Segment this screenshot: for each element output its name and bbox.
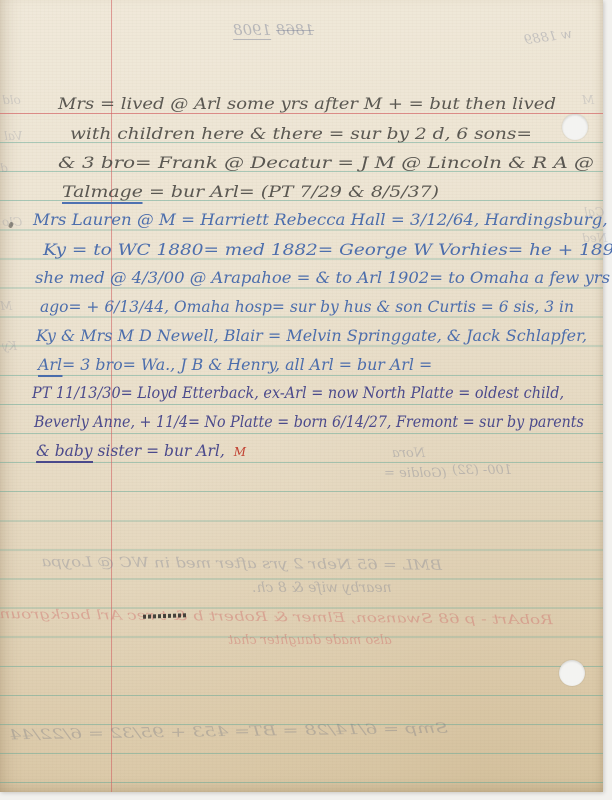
bleedthrough-year-struck: 1868 bbox=[276, 21, 314, 39]
pencil-line-2: with children here & there = sur by 2 d,… bbox=[70, 124, 532, 144]
underlined-word: & baby bbox=[36, 442, 93, 463]
paper-sheet: 1868 1908 w 1889 Nora (Goldie = 100- (32… bbox=[0, 0, 603, 792]
bleedthrough-edge-mark: Val bbox=[4, 128, 23, 144]
bleedthrough-edge-mark: Ky bbox=[2, 338, 17, 354]
pencil-line-1: Mrs = lived @ Arl some yrs after M + = b… bbox=[58, 94, 556, 114]
underlined-word: Talmage bbox=[62, 183, 143, 204]
blue-line-6-rest: = 3 bro= Wa., J B & Henry, all Arl = bur… bbox=[62, 356, 432, 374]
bleedthrough-edge-mark: M bbox=[0, 298, 12, 314]
pencil-line-3: & 3 bro= Frank @ Decatur = J M @ Lincoln… bbox=[58, 153, 594, 173]
blue-line-4: ago= + 6/13/44, Omaha hosp= sur by hus &… bbox=[40, 297, 574, 317]
violet-line-1: PT 11/13/30= Lloyd Etterback, ex-Arl = n… bbox=[32, 383, 564, 403]
blue-line-1: Mrs Lauren @ M = Harriett Rebecca Hall =… bbox=[33, 210, 608, 230]
blue-line-3: she med @ 4/3/00 @ Arapahoe = & to Arl 1… bbox=[35, 268, 610, 288]
bleedthrough-mid-right-2: (Goldie = bbox=[384, 466, 447, 482]
red-check-mark: M bbox=[234, 445, 246, 459]
violet-line-2: Beverly Anne, + 11/4= No Platte = born 6… bbox=[34, 412, 584, 432]
hole-punch-top bbox=[562, 114, 588, 140]
bleedthrough-edge-mark: d bbox=[0, 160, 8, 176]
ruled-lines bbox=[0, 142, 603, 784]
bleedthrough-red-2: also made daughter chat bbox=[228, 633, 392, 649]
bleedthrough-mid-right-1: Nora bbox=[392, 446, 425, 462]
underlined-word: Arl bbox=[38, 356, 62, 377]
bleedthrough-year: 1868 1908 bbox=[233, 22, 314, 38]
hole-punch-bottom bbox=[559, 660, 585, 686]
bleedthrough-edge-mark: M bbox=[582, 92, 594, 108]
blue-line-5: Ky & Mrs M D Newell, Blair = Melvin Spri… bbox=[36, 326, 587, 346]
bleedthrough-edge-mark: old bbox=[2, 92, 21, 108]
bleedthrough-gray-2: nearby wife & 8 ch. bbox=[252, 580, 392, 596]
bleedthrough-year-main: 1908 bbox=[233, 21, 271, 40]
bleedthrough-mid-right-3: 100- (32) bbox=[452, 463, 512, 479]
scanned-page: 1868 1908 w 1889 Nora (Goldie = 100- (32… bbox=[0, 0, 612, 800]
violet-line-3: & baby sister = bur Arl, M bbox=[36, 441, 246, 462]
pencil-line-4-rest: = bur Arl= (PT 7/29 & 8/5/37) bbox=[143, 183, 439, 201]
violet-line-3-rest: sister = bur Arl, bbox=[93, 442, 230, 460]
pencil-line-4: Talmage = bur Arl= (PT 7/29 & 8/5/37) bbox=[62, 182, 439, 202]
blue-line-2: Ky = to WC 1880= med 1882= George W Vorh… bbox=[43, 240, 612, 260]
blue-line-6: Arl= 3 bro= Wa., J B & Henry, all Arl = … bbox=[38, 355, 432, 375]
